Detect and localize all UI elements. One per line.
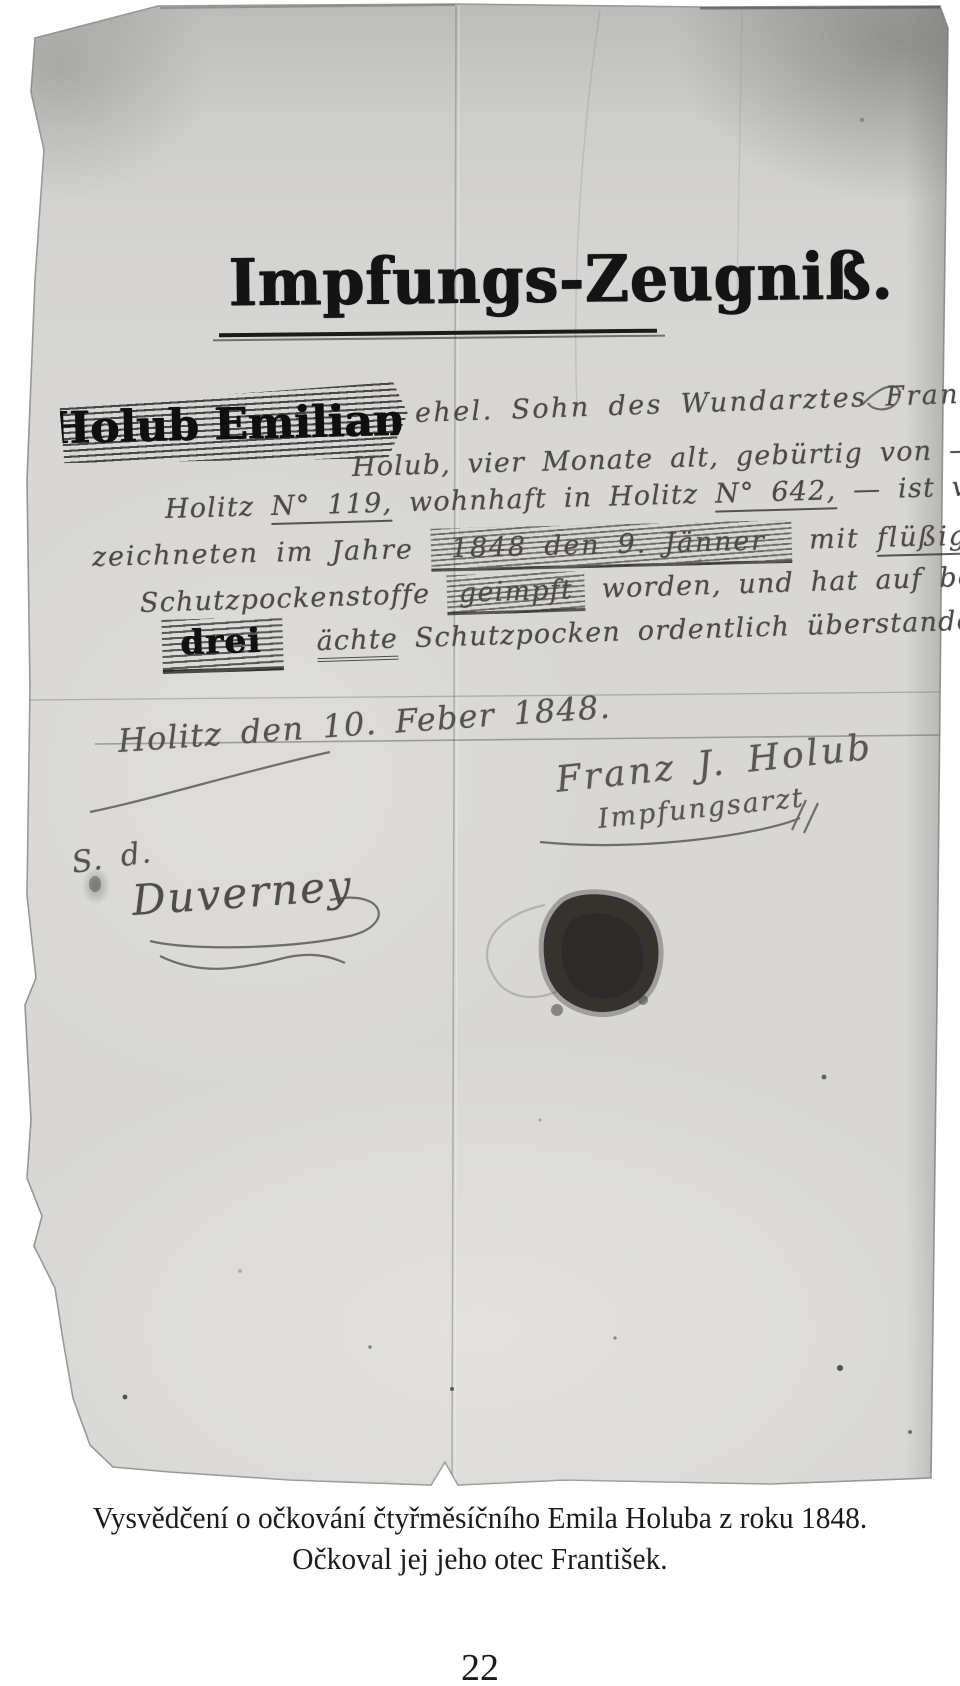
hw3-underlined-number: N° 119, — [271, 488, 393, 525]
book-page: Impfungs-Zeugniß. Holub Emilian, ehel. S… — [0, 0, 960, 1686]
scanned-certificate: Impfungs-Zeugniß. Holub Emilian, ehel. S… — [0, 0, 960, 1490]
hw4-text: mit — [791, 523, 877, 556]
caption-line-1: Vysvědčení o očkování čtyřměsíčního Emil… — [24, 1500, 936, 1536]
hw5-hatched-word: geimpft — [446, 571, 585, 615]
hw3-text: Holitz — [165, 491, 272, 525]
hw6-spacer — [283, 626, 318, 658]
wax-seal — [544, 894, 659, 1016]
certificate-title: Impfungs-Zeugniß. — [228, 239, 893, 322]
pock-count-block: drei — [161, 616, 284, 674]
hw4-underlined-word: flüßigem — [877, 519, 960, 556]
hw4-vaccination-date: 1848 den 9. Jänner — [431, 520, 793, 572]
hw3-underlined-number: N° 642, — [715, 475, 837, 512]
caption-line-2: Očkoval jej jeho otec František. — [24, 1541, 936, 1577]
hw6-underlined-word: ächte — [316, 624, 399, 663]
page-number: 22 — [0, 1646, 960, 1686]
